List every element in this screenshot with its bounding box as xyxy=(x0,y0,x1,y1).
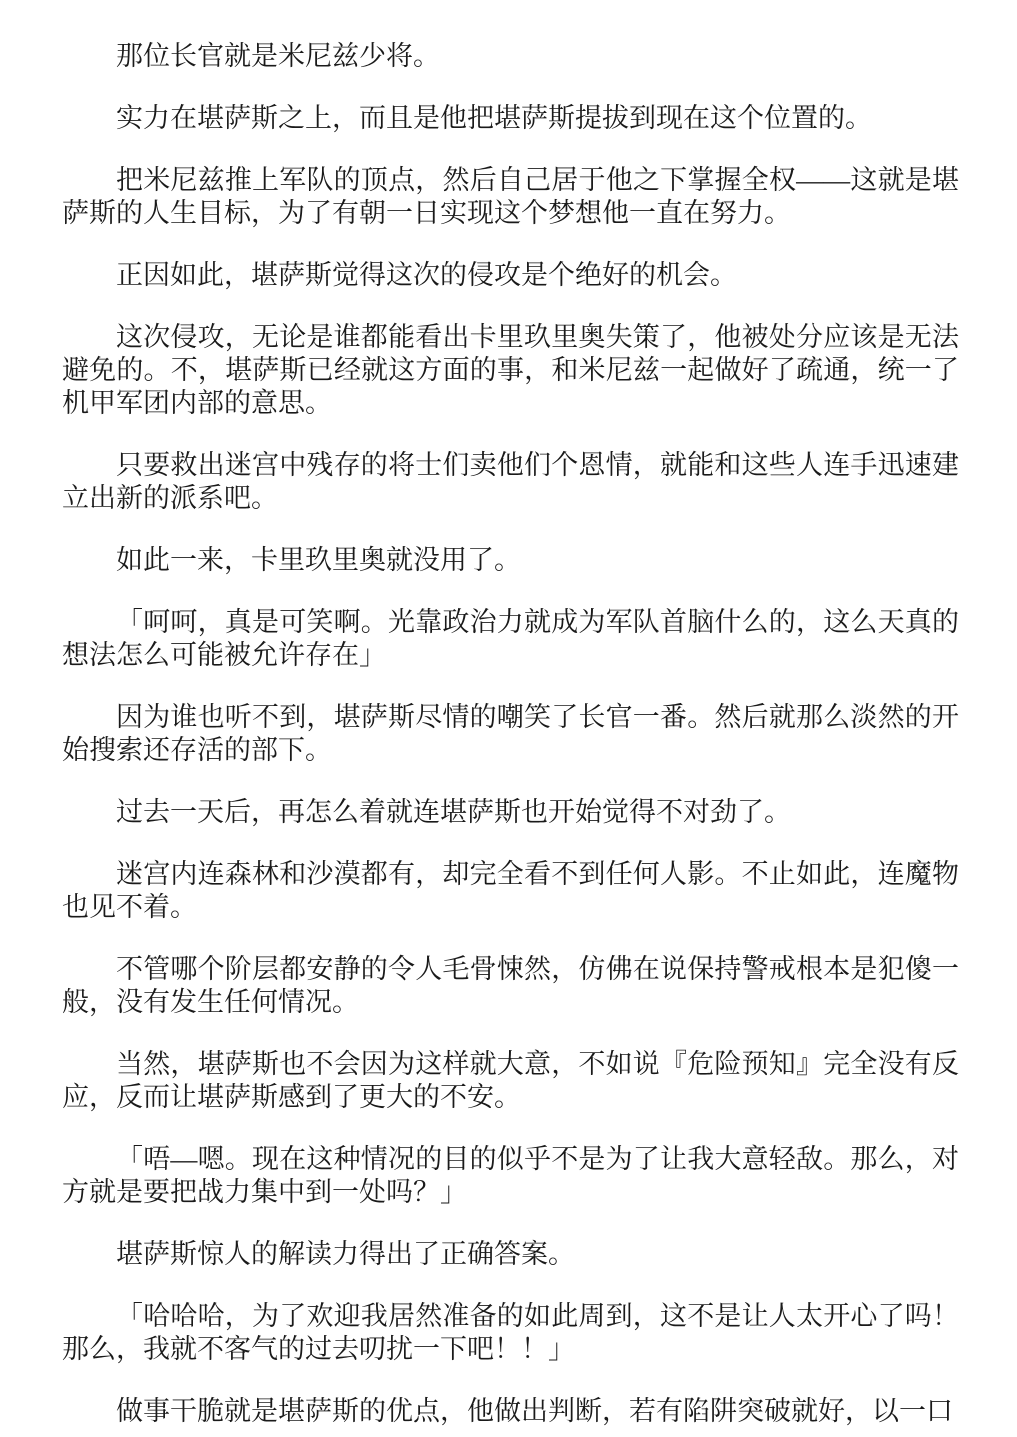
paragraph: 正因如此，堪萨斯觉得这次的侵攻是个绝好的机会。 xyxy=(62,259,959,292)
page-text: 那位长官就是米尼兹少将。实力在堪萨斯之上，而且是他把堪萨斯提拔到现在这个位置的。… xyxy=(62,40,959,1428)
paragraph: 这次侵攻，无论是谁都能看出卡里玖里奥失策了，他被处分应该是无法避免的。不，堪萨斯… xyxy=(62,321,959,420)
paragraph: 把米尼兹推上军队的顶点，然后自己居于他之下掌握全权——这就是堪萨斯的人生目标，为… xyxy=(62,164,959,230)
paragraph: 「哈哈哈，为了欢迎我居然准备的如此周到，这不是让人太开心了吗！那么，我就不客气的… xyxy=(62,1300,959,1366)
paragraph: 因为谁也听不到，堪萨斯尽情的嘲笑了长官一番。然后就那么淡然的开始搜索还存活的部下… xyxy=(62,701,959,767)
paragraph: 只要救出迷宫中残存的将士们卖他们个恩情，就能和这些人连手迅速建立出新的派系吧。 xyxy=(62,449,959,515)
paragraph: 实力在堪萨斯之上，而且是他把堪萨斯提拔到现在这个位置的。 xyxy=(62,102,959,135)
paragraph: 堪萨斯惊人的解读力得出了正确答案。 xyxy=(62,1238,959,1271)
paragraph: 不管哪个阶层都安静的令人毛骨悚然，仿佛在说保持警戒根本是犯傻一般，没有发生任何情… xyxy=(62,953,959,1019)
paragraph: 「呵呵，真是可笑啊。光靠政治力就成为军队首脑什么的，这么天真的想法怎么可能被允许… xyxy=(62,606,959,672)
paragraph: 过去一天后，再怎么着就连堪萨斯也开始觉得不对劲了。 xyxy=(62,796,959,829)
paragraph: 当然，堪萨斯也不会因为这样就大意，不如说『危险预知』完全没有反应，反而让堪萨斯感… xyxy=(62,1048,959,1114)
paragraph: 迷宫内连森林和沙漠都有，却完全看不到任何人影。不止如此，连魔物也见不着。 xyxy=(62,858,959,924)
paragraph: 「唔—嗯。现在这种情况的目的似乎不是为了让我大意轻敌。那么，对方就是要把战力集中… xyxy=(62,1143,959,1209)
novel-page: 那位长官就是米尼兹少将。实力在堪萨斯之上，而且是他把堪萨斯提拔到现在这个位置的。… xyxy=(0,0,1017,1437)
paragraph: 如此一来，卡里玖里奥就没用了。 xyxy=(62,544,959,577)
paragraph: 做事干脆就是堪萨斯的优点，他做出判断，若有陷阱突破就好，以一口 xyxy=(62,1395,959,1428)
paragraph: 那位长官就是米尼兹少将。 xyxy=(62,40,959,73)
